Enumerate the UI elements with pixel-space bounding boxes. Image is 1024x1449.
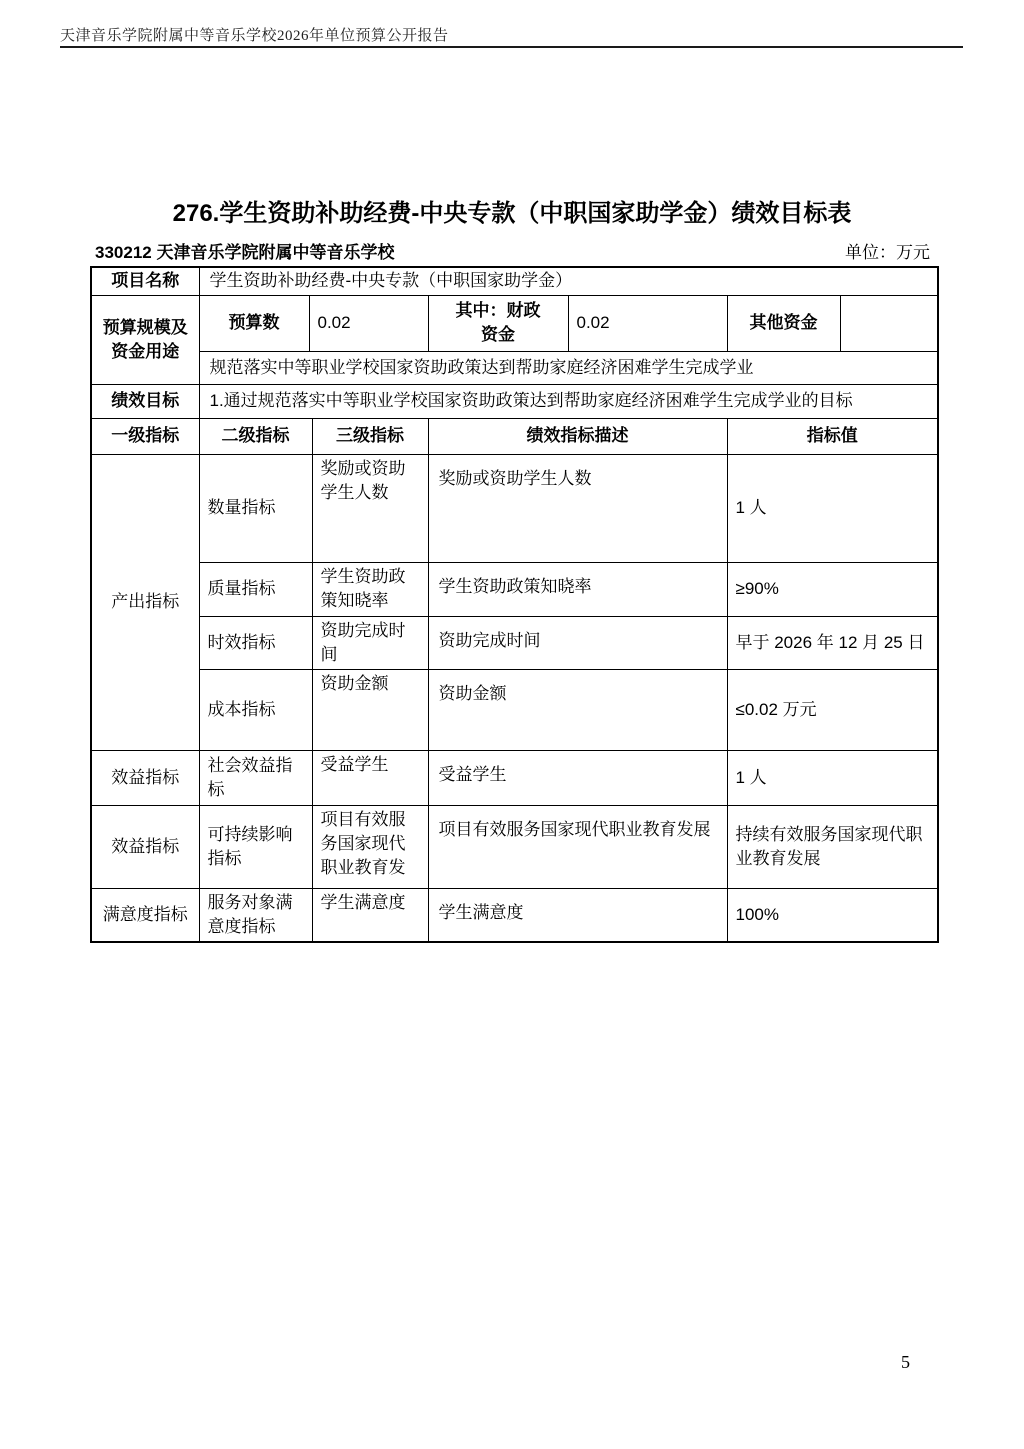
- indicator-row-social-benefit: 效益指标 社会效益指标 受益学生 受益学生 1 人: [91, 750, 938, 805]
- level3-cell: 项目有效服务国家现代职业教育发: [312, 805, 428, 888]
- level1-benefit-indicator: 效益指标: [91, 805, 199, 888]
- org-code-name: 330212 天津音乐学院附属中等音乐学校: [95, 238, 394, 263]
- row-performance-goal: 绩效目标 1.通过规范落实中等职业学校国家资助政策达到帮助家庭经济困难学生完成学…: [91, 384, 938, 418]
- fiscal-funds-label-text: 其中：财政资金: [448, 299, 548, 347]
- value-cell: 持续有效服务国家现代职业教育发展: [727, 805, 938, 888]
- document-title: 276.学生资助补助经费-中央专款（中职国家助学金）绩效目标表: [0, 193, 1024, 228]
- value-cell: 1 人: [727, 454, 938, 562]
- budget-section-label: 预算规模及资金用途: [91, 295, 199, 384]
- subtitle-row: 330212 天津音乐学院附属中等音乐学校 单位：万元: [95, 238, 930, 263]
- level3-cell: 受益学生: [312, 750, 428, 805]
- other-funds-value: [840, 295, 938, 351]
- value-cell: ≤0.02 万元: [727, 669, 938, 750]
- value-cell: 100%: [727, 888, 938, 942]
- fiscal-funds-label: 其中：财政资金: [428, 295, 568, 351]
- indicator-row-cost: 成本指标 资助金额 资助金额 ≤0.02 万元: [91, 669, 938, 750]
- level3-cell: 奖励或资助学生人数: [312, 454, 428, 562]
- description-cell: 奖励或资助学生人数: [428, 454, 727, 562]
- level2-cell: 可持续影响指标: [199, 805, 312, 888]
- col-header-level1: 一级指标: [91, 418, 199, 454]
- indicator-row-timeliness: 时效指标 资助完成时间 资助完成时间 早于 2026 年 12 月 25 日: [91, 616, 938, 669]
- col-header-level2: 二级指标: [199, 418, 312, 454]
- description-cell: 项目有效服务国家现代职业教育发展: [428, 805, 727, 888]
- description-cell: 学生资助政策知晓率: [428, 562, 727, 616]
- project-name-label: 项目名称: [91, 267, 199, 295]
- level2-cell: 时效指标: [199, 616, 312, 669]
- performance-target-table: 项目名称 学生资助补助经费-中央专款（中职国家助学金） 预算规模及资金用途 预算…: [90, 266, 939, 943]
- fiscal-funds-value: 0.02: [568, 295, 727, 351]
- level3-cell: 学生资助政策知晓率: [312, 562, 428, 616]
- level1-satisfaction-indicator: 满意度指标: [91, 888, 199, 942]
- header-rule: [60, 46, 963, 48]
- indicator-row-quantity: 产出指标 数量指标 奖励或资助学生人数 奖励或资助学生人数 1 人: [91, 454, 938, 562]
- level3-cell: 学生满意度: [312, 888, 428, 942]
- description-cell: 学生满意度: [428, 888, 727, 942]
- budget-number-value: 0.02: [309, 295, 428, 351]
- report-header: 天津音乐学院附属中等音乐学校2026年单位预算公开报告: [60, 24, 449, 45]
- performance-goal-label: 绩效目标: [91, 384, 199, 418]
- col-header-value: 指标值: [727, 418, 938, 454]
- page-number: 5: [901, 1352, 910, 1373]
- level1-output-indicator: 产出指标: [91, 454, 199, 750]
- level2-cell: 成本指标: [199, 669, 312, 750]
- indicator-row-quality: 质量指标 学生资助政策知晓率 学生资助政策知晓率 ≥90%: [91, 562, 938, 616]
- col-header-description: 绩效指标描述: [428, 418, 727, 454]
- unit-label: 单位：万元: [845, 238, 930, 263]
- level2-cell: 数量指标: [199, 454, 312, 562]
- level2-cell: 质量指标: [199, 562, 312, 616]
- level3-cell: 资助金额: [312, 669, 428, 750]
- indicator-row-satisfaction: 满意度指标 服务对象满意度指标 学生满意度 学生满意度 100%: [91, 888, 938, 942]
- budget-number-label: 预算数: [199, 295, 309, 351]
- value-cell: 早于 2026 年 12 月 25 日: [727, 616, 938, 669]
- performance-goal-value: 1.通过规范落实中等职业学校国家资助政策达到帮助家庭经济困难学生完成学业的目标: [199, 384, 938, 418]
- row-fund-usage: 规范落实中等职业学校国家资助政策达到帮助家庭经济困难学生完成学业: [91, 351, 938, 384]
- description-cell: 受益学生: [428, 750, 727, 805]
- description-cell: 资助金额: [428, 669, 727, 750]
- row-project-name: 项目名称 学生资助补助经费-中央专款（中职国家助学金）: [91, 267, 938, 295]
- fund-usage-value: 规范落实中等职业学校国家资助政策达到帮助家庭经济困难学生完成学业: [199, 351, 938, 384]
- level3-cell: 资助完成时间: [312, 616, 428, 669]
- level2-cell: 服务对象满意度指标: [199, 888, 312, 942]
- row-budget-amounts: 预算规模及资金用途 预算数 0.02 其中：财政资金 0.02 其他资金: [91, 295, 938, 351]
- project-name-value: 学生资助补助经费-中央专款（中职国家助学金）: [199, 267, 938, 295]
- description-cell: 资助完成时间: [428, 616, 727, 669]
- level1-benefit-indicator: 效益指标: [91, 750, 199, 805]
- value-cell: ≥90%: [727, 562, 938, 616]
- col-header-level3: 三级指标: [312, 418, 428, 454]
- indicator-row-sustainability: 效益指标 可持续影响指标 项目有效服务国家现代职业教育发 项目有效服务国家现代职…: [91, 805, 938, 888]
- value-cell: 1 人: [727, 750, 938, 805]
- other-funds-label: 其他资金: [727, 295, 840, 351]
- level2-cell: 社会效益指标: [199, 750, 312, 805]
- row-column-headers: 一级指标 二级指标 三级指标 绩效指标描述 指标值: [91, 418, 938, 454]
